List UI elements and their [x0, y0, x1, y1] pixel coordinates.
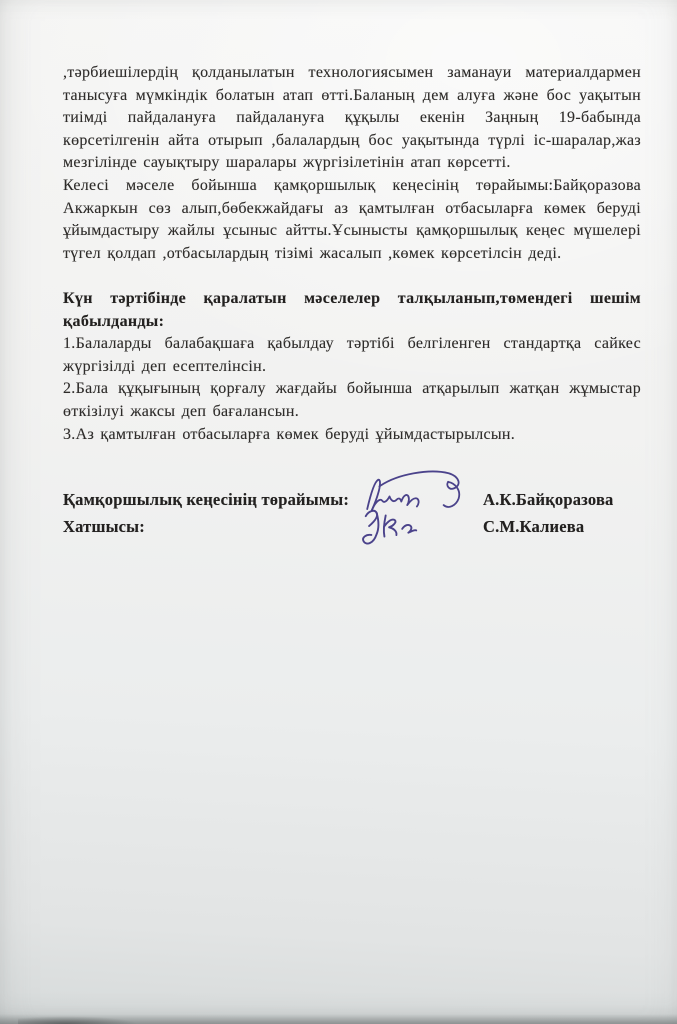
scanned-document-page: ,тәрбиешілердің қолданылатын технологияс… — [0, 0, 677, 1024]
paragraph-continuation: ,тәрбиешілердің қолданылатын технологияс… — [63, 62, 641, 175]
document-body-text: ,тәрбиешілердің қолданылатын технологияс… — [63, 62, 641, 540]
signature-row-secretary: Хатшысы: С.М.Калиева — [63, 513, 641, 540]
decision-item-3: 3.Аз қамтылған отбасыларға көмек беруді … — [63, 424, 641, 447]
signature-label-secretary: Хатшысы: — [63, 513, 483, 540]
signature-block: Қамқоршылық кеңесінің төрайымы: А.К.Байқ… — [63, 486, 641, 540]
signatory-name-chairwoman: А.К.Байқоразова — [483, 486, 641, 513]
decision-item-2: 2.Бала құқығының қорғалу жағдайы бойынша… — [63, 378, 641, 423]
paragraph-next-issue: Келесі мәселе бойынша қамқоршылық кеңесі… — [63, 175, 641, 265]
decisions-heading: Күн тәртібінде қаралатын мәселелер талқы… — [63, 288, 641, 333]
signature-row-chairwoman: Қамқоршылық кеңесінің төрайымы: А.К.Байқ… — [63, 486, 641, 513]
signatory-name-secretary: С.М.Калиева — [483, 513, 641, 540]
paper-corner-smudge — [18, 1016, 138, 1024]
decision-item-1: 1.Балаларды балабақшаға қабылдау тәртібі… — [63, 333, 641, 378]
signature-label-chairwoman: Қамқоршылық кеңесінің төрайымы: — [63, 486, 483, 513]
